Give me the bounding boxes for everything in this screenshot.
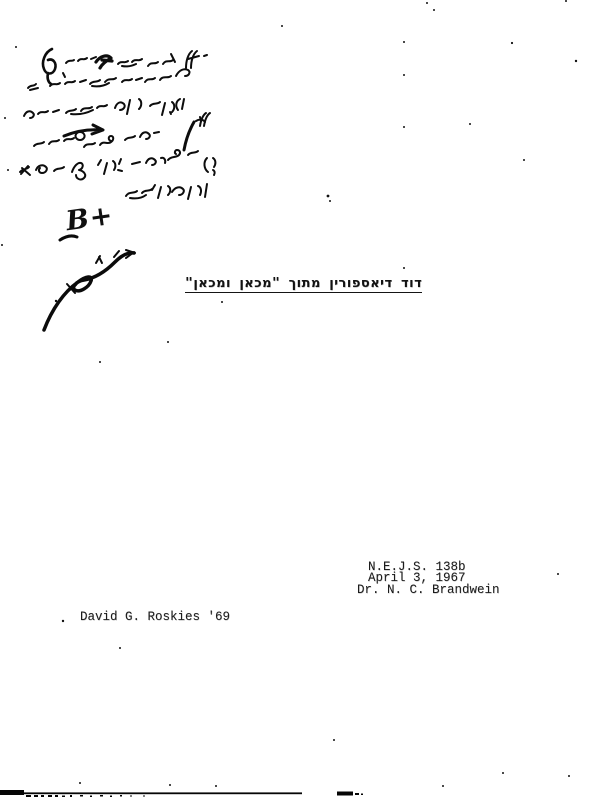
scanned-page: B+ דוד דיאספורין מתוך "מכאן ומכאן" N.E.J… [0, 0, 601, 797]
scan-ink-layer [0, 0, 601, 797]
document-title-hebrew: דוד דיאספורין מתוך "מכאן ומכאן" [185, 276, 422, 293]
scan-artifact-bottom-edge [0, 790, 363, 797]
course-instructor: Dr. N. C. Brandwein [357, 584, 500, 597]
author-name: David G. Roskies '69 [80, 611, 230, 624]
scan-speckles [1, 0, 577, 787]
signature-flourish [44, 236, 135, 330]
grade-mark: B+ [64, 200, 115, 237]
handwritten-note-scrawl [20, 49, 215, 199]
